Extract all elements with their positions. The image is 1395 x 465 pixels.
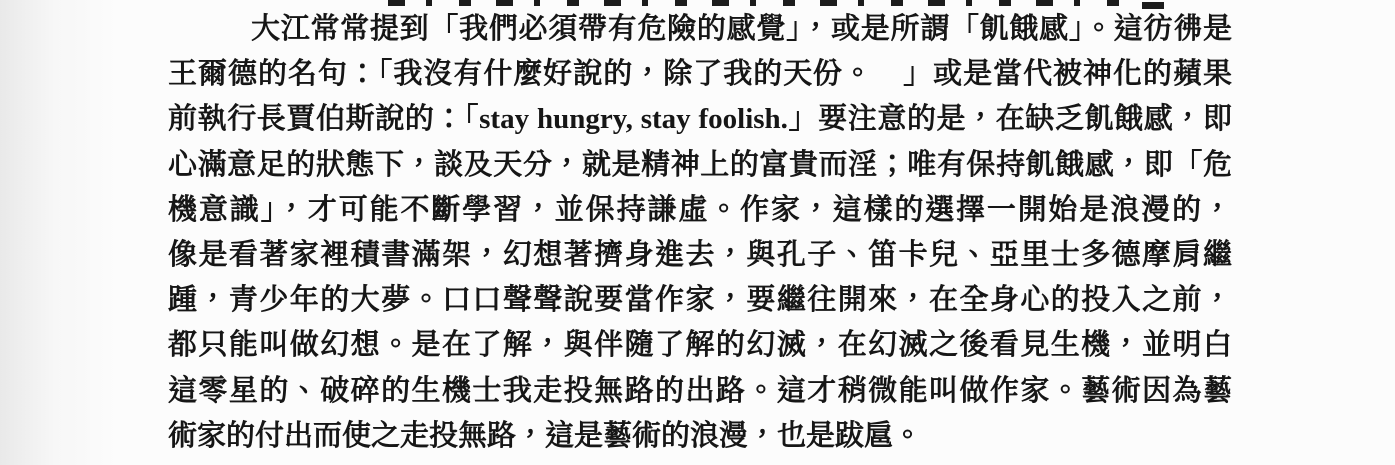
paragraph-line: 踵，青少年的大夢。口口聲聲說要當作家，要繼往開來，在全身心的投入之前， [168,278,1232,323]
paragraph-line: 術家的付出而使之走投無路，這是藝術的浪漫，也是跋扈。 [168,414,1232,459]
paragraph-line: 大江常常提到「我們必須帶有危險的感覺」，或是所謂「飢餓感」。這彷彿是 [168,7,1232,52]
paragraph-line: 機意識」，才可能不斷學習，並保持謙虛。作家，這樣的選擇一開始是浪漫的， [168,188,1232,233]
paragraph-line: 前執行長賈伯斯說的：「stay hungry, stay foolish.」要注… [168,97,1232,142]
paragraph-line: 這零星的、破碎的生機士我走投無路的出路。這才稍微能叫做作家。藝術因為藝 [168,369,1232,414]
scanned-page: 大江常常提到「我們必須帶有危險的感覺」，或是所謂「飢餓感」。這彷彿是 王爾德的名… [0,0,1395,465]
paragraph-line: 都只能叫做幻想。是在了解，與伴隨了解的幻滅，在幻滅之後看見生機，並明白 [168,323,1232,368]
cropped-previous-line-fragment [388,0,1140,6]
paragraph: 大江常常提到「我們必須帶有危險的感覺」，或是所謂「飢餓感」。這彷彿是 王爾德的名… [168,7,1232,459]
paragraph-line: 像是看著家裡積書滿架，幻想著擠身進去，與孔子、笛卡兒、亞里士多德摩肩繼 [168,233,1232,278]
paragraph-line: 王爾德的名句：「我沒有什麼好說的，除了我的天份。 」或是當代被神化的蘋果 [168,52,1232,97]
paragraph-line: 心滿意足的狀態下，談及天分，就是精神上的富貴而淫；唯有保持飢餓感，即「危 [168,143,1232,188]
